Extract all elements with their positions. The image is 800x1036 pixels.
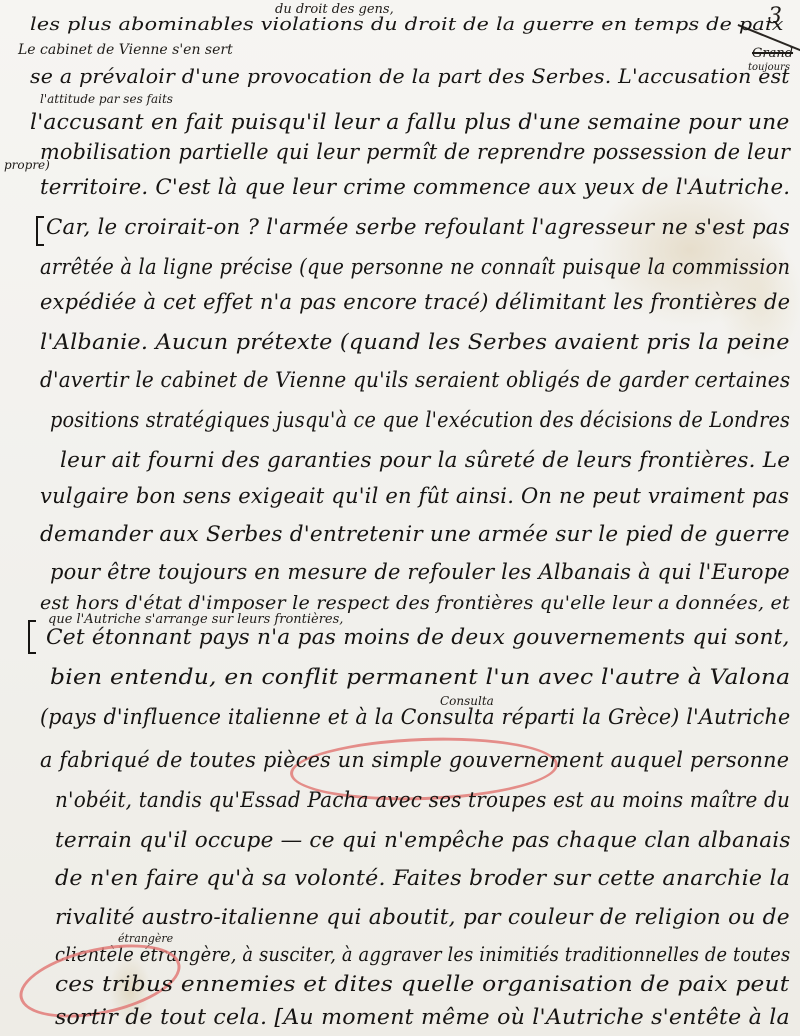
line-text: expédiée à cet effet n'a pas encore trac… [40,290,790,314]
interlinear-insert: l'attitude par ses faits [40,92,173,106]
manuscript-line-9: expédiée à cet effet n'a pas encore trac… [40,290,790,314]
line-text: arrêtée à la ligne précise (que personne… [40,255,790,279]
manuscript-page: 3 Grand toujours du droit des gens, les … [0,0,800,1036]
manuscript-line-13: leur ait fourni des garanties pour la sû… [60,448,790,472]
line-text: territoire. C'est là que leur crime comm… [40,175,790,199]
manuscript-line-8: arrêtée à la ligne précise (que personne… [40,255,790,279]
manuscript-line-22: n'obéit, tandis qu'Essad Pacha avec ses … [55,788,790,812]
line-text: a fabriqué de toutes pièces un simple go… [40,748,789,772]
line-text: positions stratégiques jusqu'à ce que l'… [50,408,790,432]
line-text: l'Albanie. Aucun prétexte (quand les Ser… [40,330,790,354]
section-bracket [28,620,36,654]
line-text: est hors d'état d'imposer le respect des… [40,592,790,614]
manuscript-line-28: sortir de tout cela. [Au moment même où … [55,1005,790,1029]
manuscript-line-27: ces tribus ennemies et dites quelle orga… [55,972,789,996]
manuscript-line-14: vulgaire bon sens exigeait qu'il en fût … [40,484,789,508]
manuscript-line-12: positions stratégiques jusqu'à ce que l'… [50,408,790,432]
line-text: pour être toujours en mesure de refouler… [50,560,790,584]
line-text: mobilisation partielle qui leur permît d… [40,140,790,164]
manuscript-line-18: Cet étonnant pays n'a pas moins de deux … [46,625,790,649]
line-text: n'obéit, tandis qu'Essad Pacha avec ses … [55,788,790,812]
line-text: ces tribus ennemies et dites quelle orga… [55,972,789,996]
interlinear-insert: Le cabinet de Vienne s'en sert [18,42,233,58]
line-text: rivalité austro-italienne qui aboutit, p… [55,905,790,929]
manuscript-line-6: territoire. C'est là que leur crime comm… [40,175,790,199]
line-text: d'avertir le cabinet de Vienne qu'ils se… [40,368,790,392]
manuscript-line-10: l'Albanie. Aucun prétexte (quand les Ser… [40,330,790,354]
line-text: de n'en faire qu'à sa volonté. Faites br… [55,866,790,890]
manuscript-line-20: (pays d'influence italienne et à la Cons… [40,705,790,729]
line-text: sortir de tout cela. [Au moment même où … [55,1005,790,1029]
manuscript-line-15: demander aux Serbes d'entretenir une arm… [40,522,790,546]
line-text: vulgaire bon sens exigeait qu'il en fût … [40,484,789,508]
line-text: bien entendu, en conflit permanent l'un … [50,665,790,689]
manuscript-line-25: rivalité austro-italienne qui aboutit, p… [55,905,790,929]
line-text: terrain qu'il occupe — ce qui n'empêche … [55,828,791,852]
manuscript-line-11: d'avertir le cabinet de Vienne qu'ils se… [40,368,790,392]
margin-note-struck: Grand [752,46,793,61]
section-bracket [36,216,44,246]
line-text: demander aux Serbes d'entretenir une arm… [40,522,790,546]
line-text: l'accusant en fait puisqu'il leur a fall… [30,110,790,134]
line-text: leur ait fourni des garanties pour la sû… [60,448,790,472]
manuscript-line-4: l'accusant en fait puisqu'il leur a fall… [30,110,790,134]
line-text: Car, le croirait-on ? l'armée serbe refo… [46,215,790,239]
manuscript-line-24: de n'en faire qu'à sa volonté. Faites br… [55,866,790,890]
manuscript-line-17: est hors d'état d'imposer le respect des… [40,592,790,614]
manuscript-line-3: se a prévaloir d'une provocation de la p… [30,64,790,88]
manuscript-line-19: bien entendu, en conflit permanent l'un … [50,665,790,689]
manuscript-line-16: pour être toujours en mesure de refouler… [50,560,790,584]
line-text: se a prévaloir d'une provocation de la p… [30,64,790,88]
manuscript-line-21: a fabriqué de toutes pièces un simple go… [40,748,789,772]
margin-note: propre) [4,158,50,172]
manuscript-line-23: terrain qu'il occupe — ce qui n'empêche … [55,828,791,852]
manuscript-line-5: mobilisation partielle qui leur permît d… [40,140,790,164]
line-text: (pays d'influence italienne et à la Cons… [40,705,790,729]
manuscript-line-1: les plus abominables violations du droit… [30,14,784,35]
line-text: Cet étonnant pays n'a pas moins de deux … [46,625,790,649]
manuscript-line-7: Car, le croirait-on ? l'armée serbe refo… [46,215,790,239]
line-text: les plus abominables violations du droit… [30,14,784,35]
